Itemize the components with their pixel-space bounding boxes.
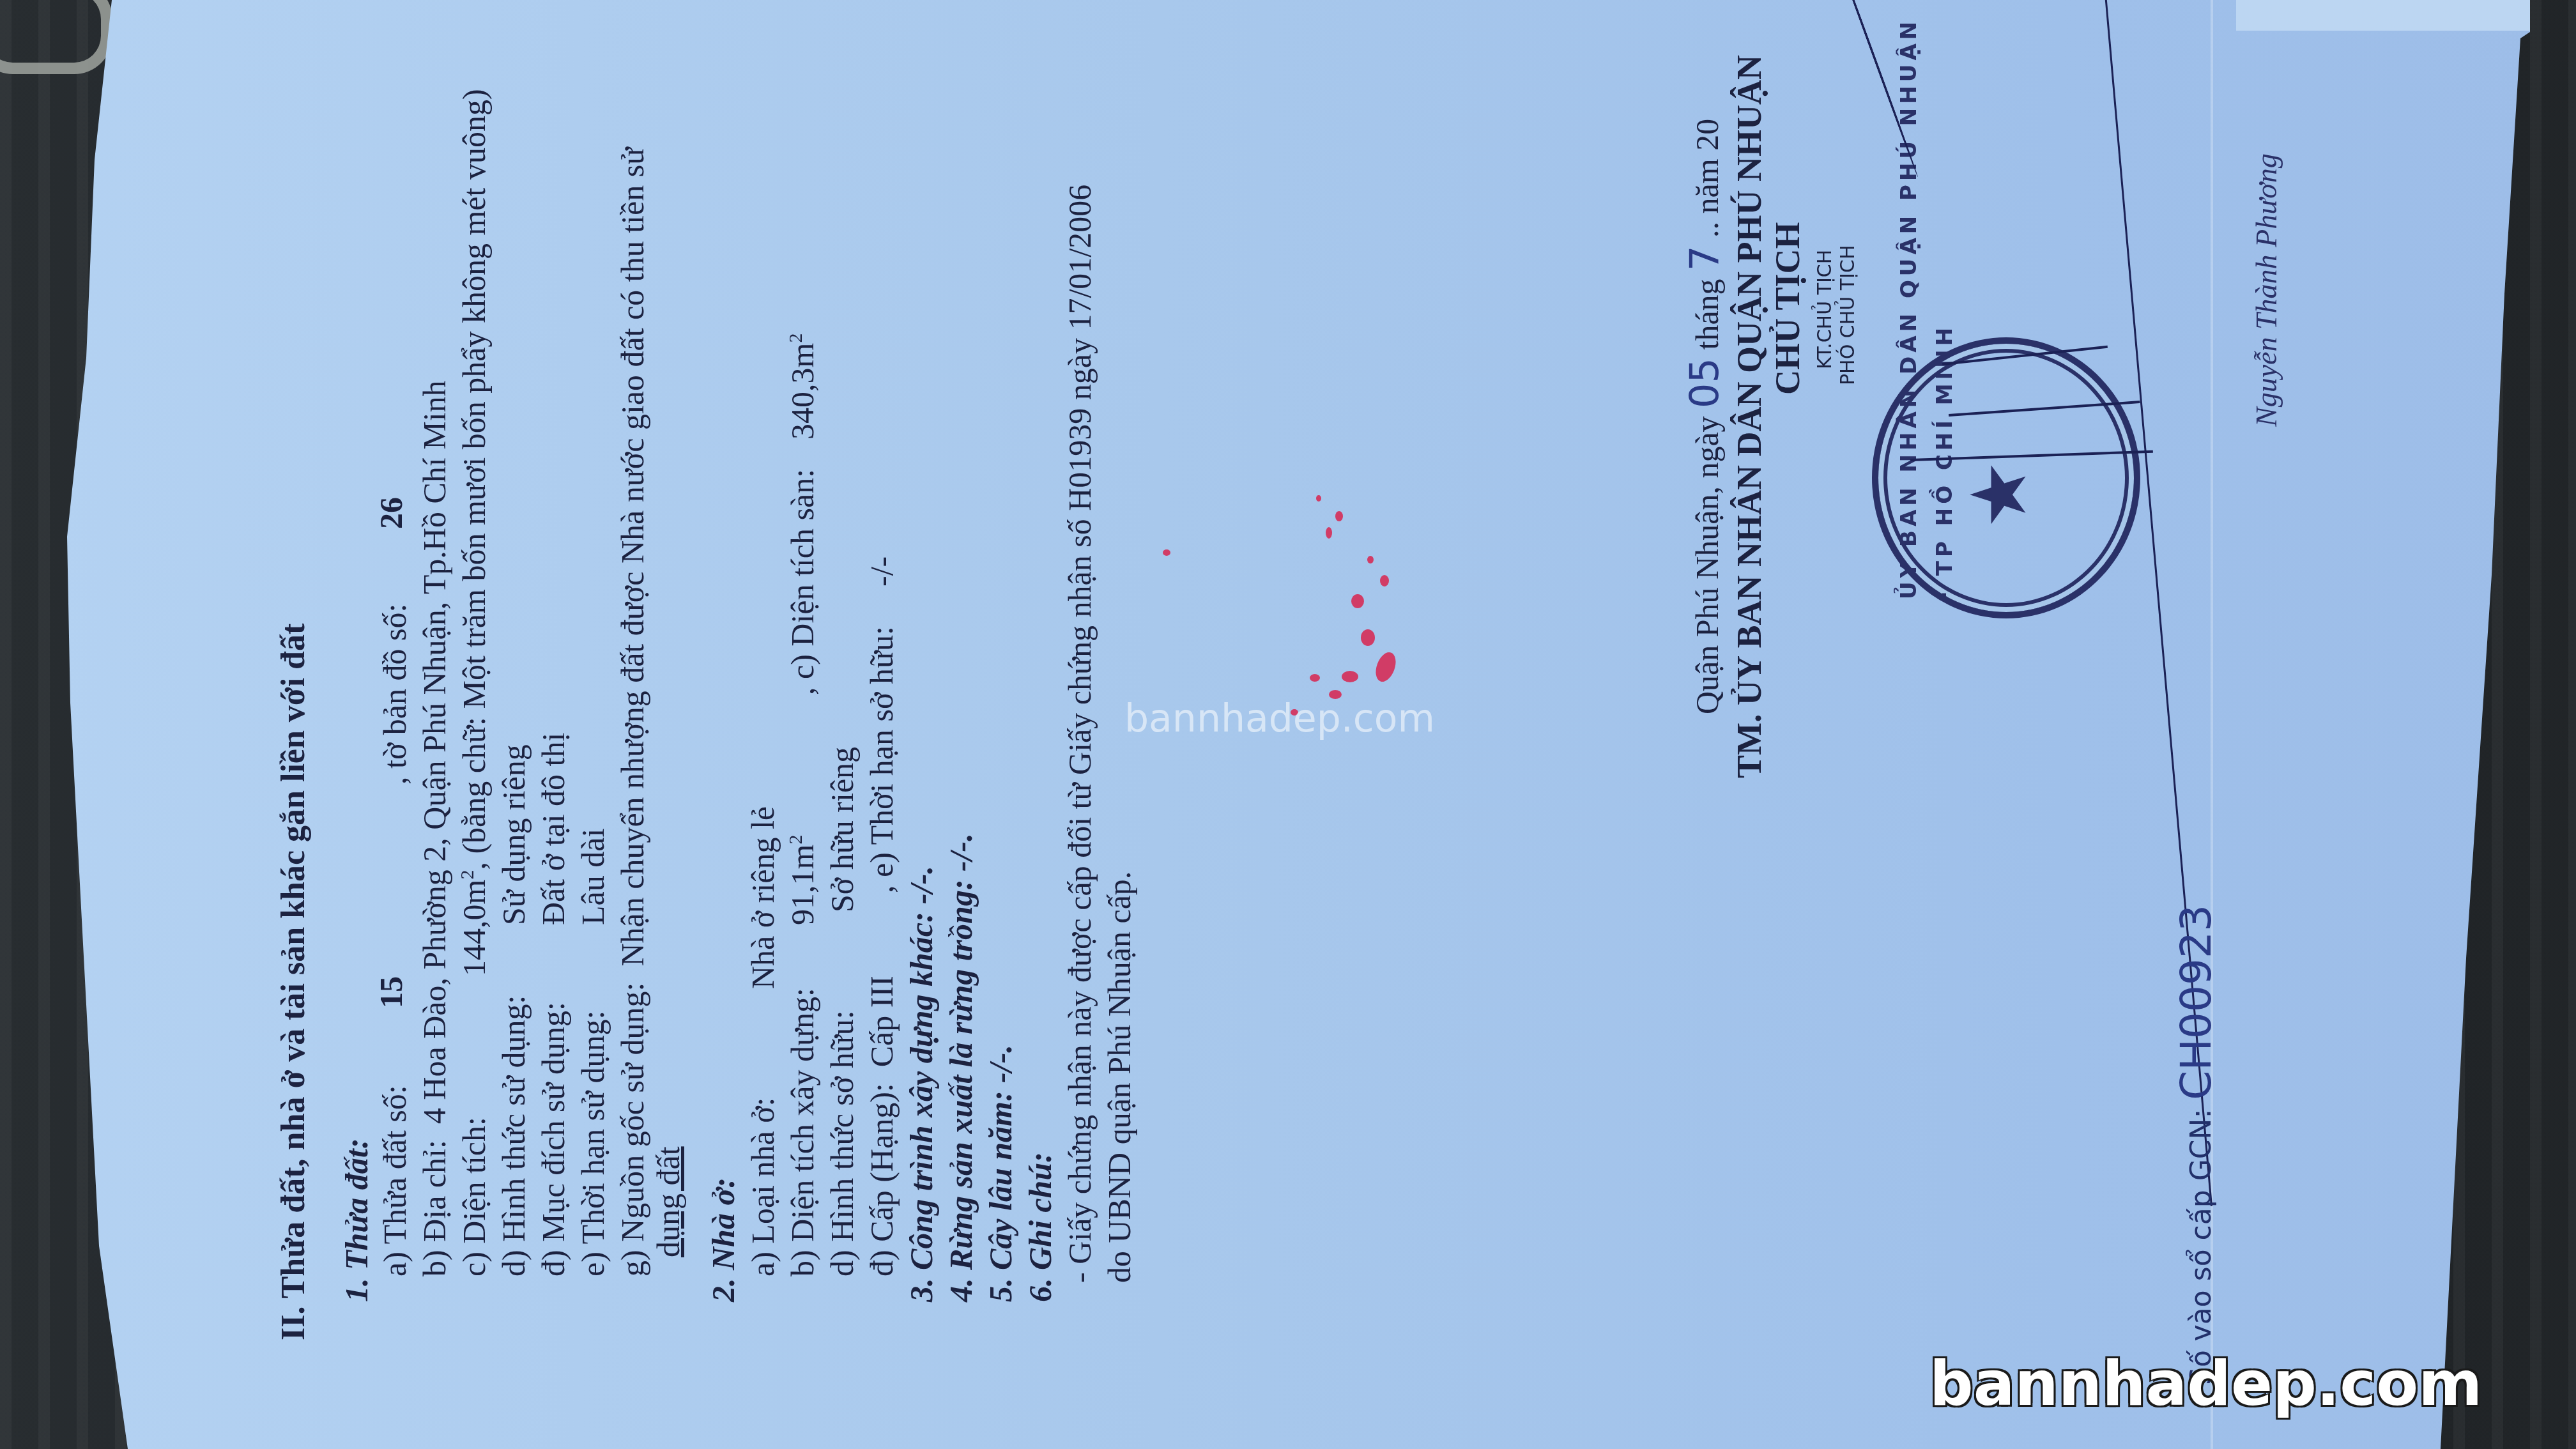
land-usage-form: Sử dụng riêng — [496, 744, 532, 925]
registry-number: Số vào sổ cấp GCN: CH00923 — [2179, 905, 2219, 1385]
on-behalf-label: KT.CHỦ TỊCH — [1814, 250, 1836, 369]
land-origin-cont: dụng đất — [650, 1146, 686, 1257]
house-row-b: b) Diện tích xây dựng: — [785, 988, 820, 1276]
house-building-area: 91,1m2 — [785, 835, 820, 925]
land-row-g: g) Nguồn gốc sử dụng: Nhận chuyển nhượng… — [615, 148, 650, 1276]
land-row-c: c) Diện tích: — [456, 1117, 492, 1276]
house-grade: Cấp III — [864, 976, 900, 1067]
house-row-d: d) Hình thức sở hữu: — [824, 1010, 860, 1276]
stamp-text: ỦY BAN NHÂN DÂN QUẬN PHÚ NHUẬN · TP HỒ C… — [1891, 0, 1963, 599]
signer-position: PHÓ CHỦ TỊCH — [1837, 245, 1859, 385]
signer-name: Nguyễn Thành Phương — [2249, 153, 2285, 427]
land-heading: 1. Thửa đất: — [339, 1138, 374, 1302]
land-row-e: e) Thời hạn sử dụng: — [575, 1011, 611, 1276]
signer-title: CHỦ TỊCH — [1770, 222, 1805, 395]
production-forest: 4. Rừng sản xuất là rừng trồng: -/-. — [943, 833, 979, 1302]
house-ownership-term-label: , e) Thời hạn sở hữu: — [864, 626, 900, 893]
land-row-b: b) Địa chỉ: 4 Hoa Đào, Phường 2, Quận Ph… — [417, 380, 452, 1276]
land-row-dd: đ) Mục đích sử dụng: — [535, 1002, 571, 1276]
house-floor-area-label: , c) Diện tích sàn: — [785, 469, 820, 695]
registry-value: CH00923 — [2172, 905, 2221, 1100]
house-floor-area: 340,3m2 — [785, 333, 820, 440]
notes-line-2: do UBND quận Phú Nhuận cấp. — [1101, 871, 1137, 1283]
house-row-dd: đ) Cấp (Hạng): Cấp III — [864, 976, 900, 1276]
house-heading: 2. Nhà ở: — [705, 1177, 741, 1302]
land-address: 4 Hoa Đào, Phường 2, Quận Phú Nhuận, Tp.… — [417, 380, 452, 1124]
land-map-sheet-number: 26 — [373, 497, 409, 529]
signing-month: 7 — [1681, 245, 1728, 270]
stamp-star-icon: ★ — [1961, 460, 2038, 529]
watermark-corner: bannhadep.com — [1929, 1348, 2482, 1420]
land-row-d: d) Hình thức sử dụng: — [496, 995, 532, 1276]
house-type: Nhà ở riêng lẻ — [745, 806, 781, 989]
signing-day: 05 — [1681, 358, 1728, 408]
notes-line-1: - Giấy chứng nhận này được cấp đổi từ Gi… — [1062, 185, 1098, 1283]
land-term: Lâu dài — [575, 829, 611, 925]
perennial-trees: 5. Cây lâu năm: -/-. — [983, 1045, 1018, 1302]
land-origin: Nhận chuyển nhượng đất được Nhà nước gia… — [615, 148, 650, 967]
land-map-sheet-label: , tờ bản đồ số: — [377, 604, 413, 785]
house-row-a: a) Loại nhà ở: — [745, 1098, 781, 1277]
land-area: 144,0m2, (bằng chữ: Một trăm bốn mươi bố… — [456, 89, 492, 976]
land-parcel-number: 15 — [373, 976, 409, 1008]
house-ownership-term: -/- — [864, 556, 900, 586]
signing-place-date: Quận Phú Nhuận, ngày 05 tháng 7 .. năm 2… — [1687, 119, 1725, 714]
other-works: 3. Công trình xây dựng khác: -/-. — [903, 866, 939, 1302]
land-row-a: a) Thửa đất số: — [377, 1085, 413, 1276]
section-title: II. Thửa đất, nhà ở và tài sản khác gắn … — [276, 624, 312, 1340]
notes-heading: 6. Ghi chú: — [1022, 1152, 1058, 1302]
land-purpose: Đất ở tại đô thị — [535, 733, 571, 925]
certificate-content: II. Thửa đất, nhà ở và tài sản khác gắn … — [0, 0, 2364, 1449]
house-ownership: Sở hữu riêng — [824, 747, 860, 912]
issuing-authority: TM. ỦY BAN NHÂN DÂN QUẬN PHÚ NHUẬN — [1731, 55, 1767, 778]
